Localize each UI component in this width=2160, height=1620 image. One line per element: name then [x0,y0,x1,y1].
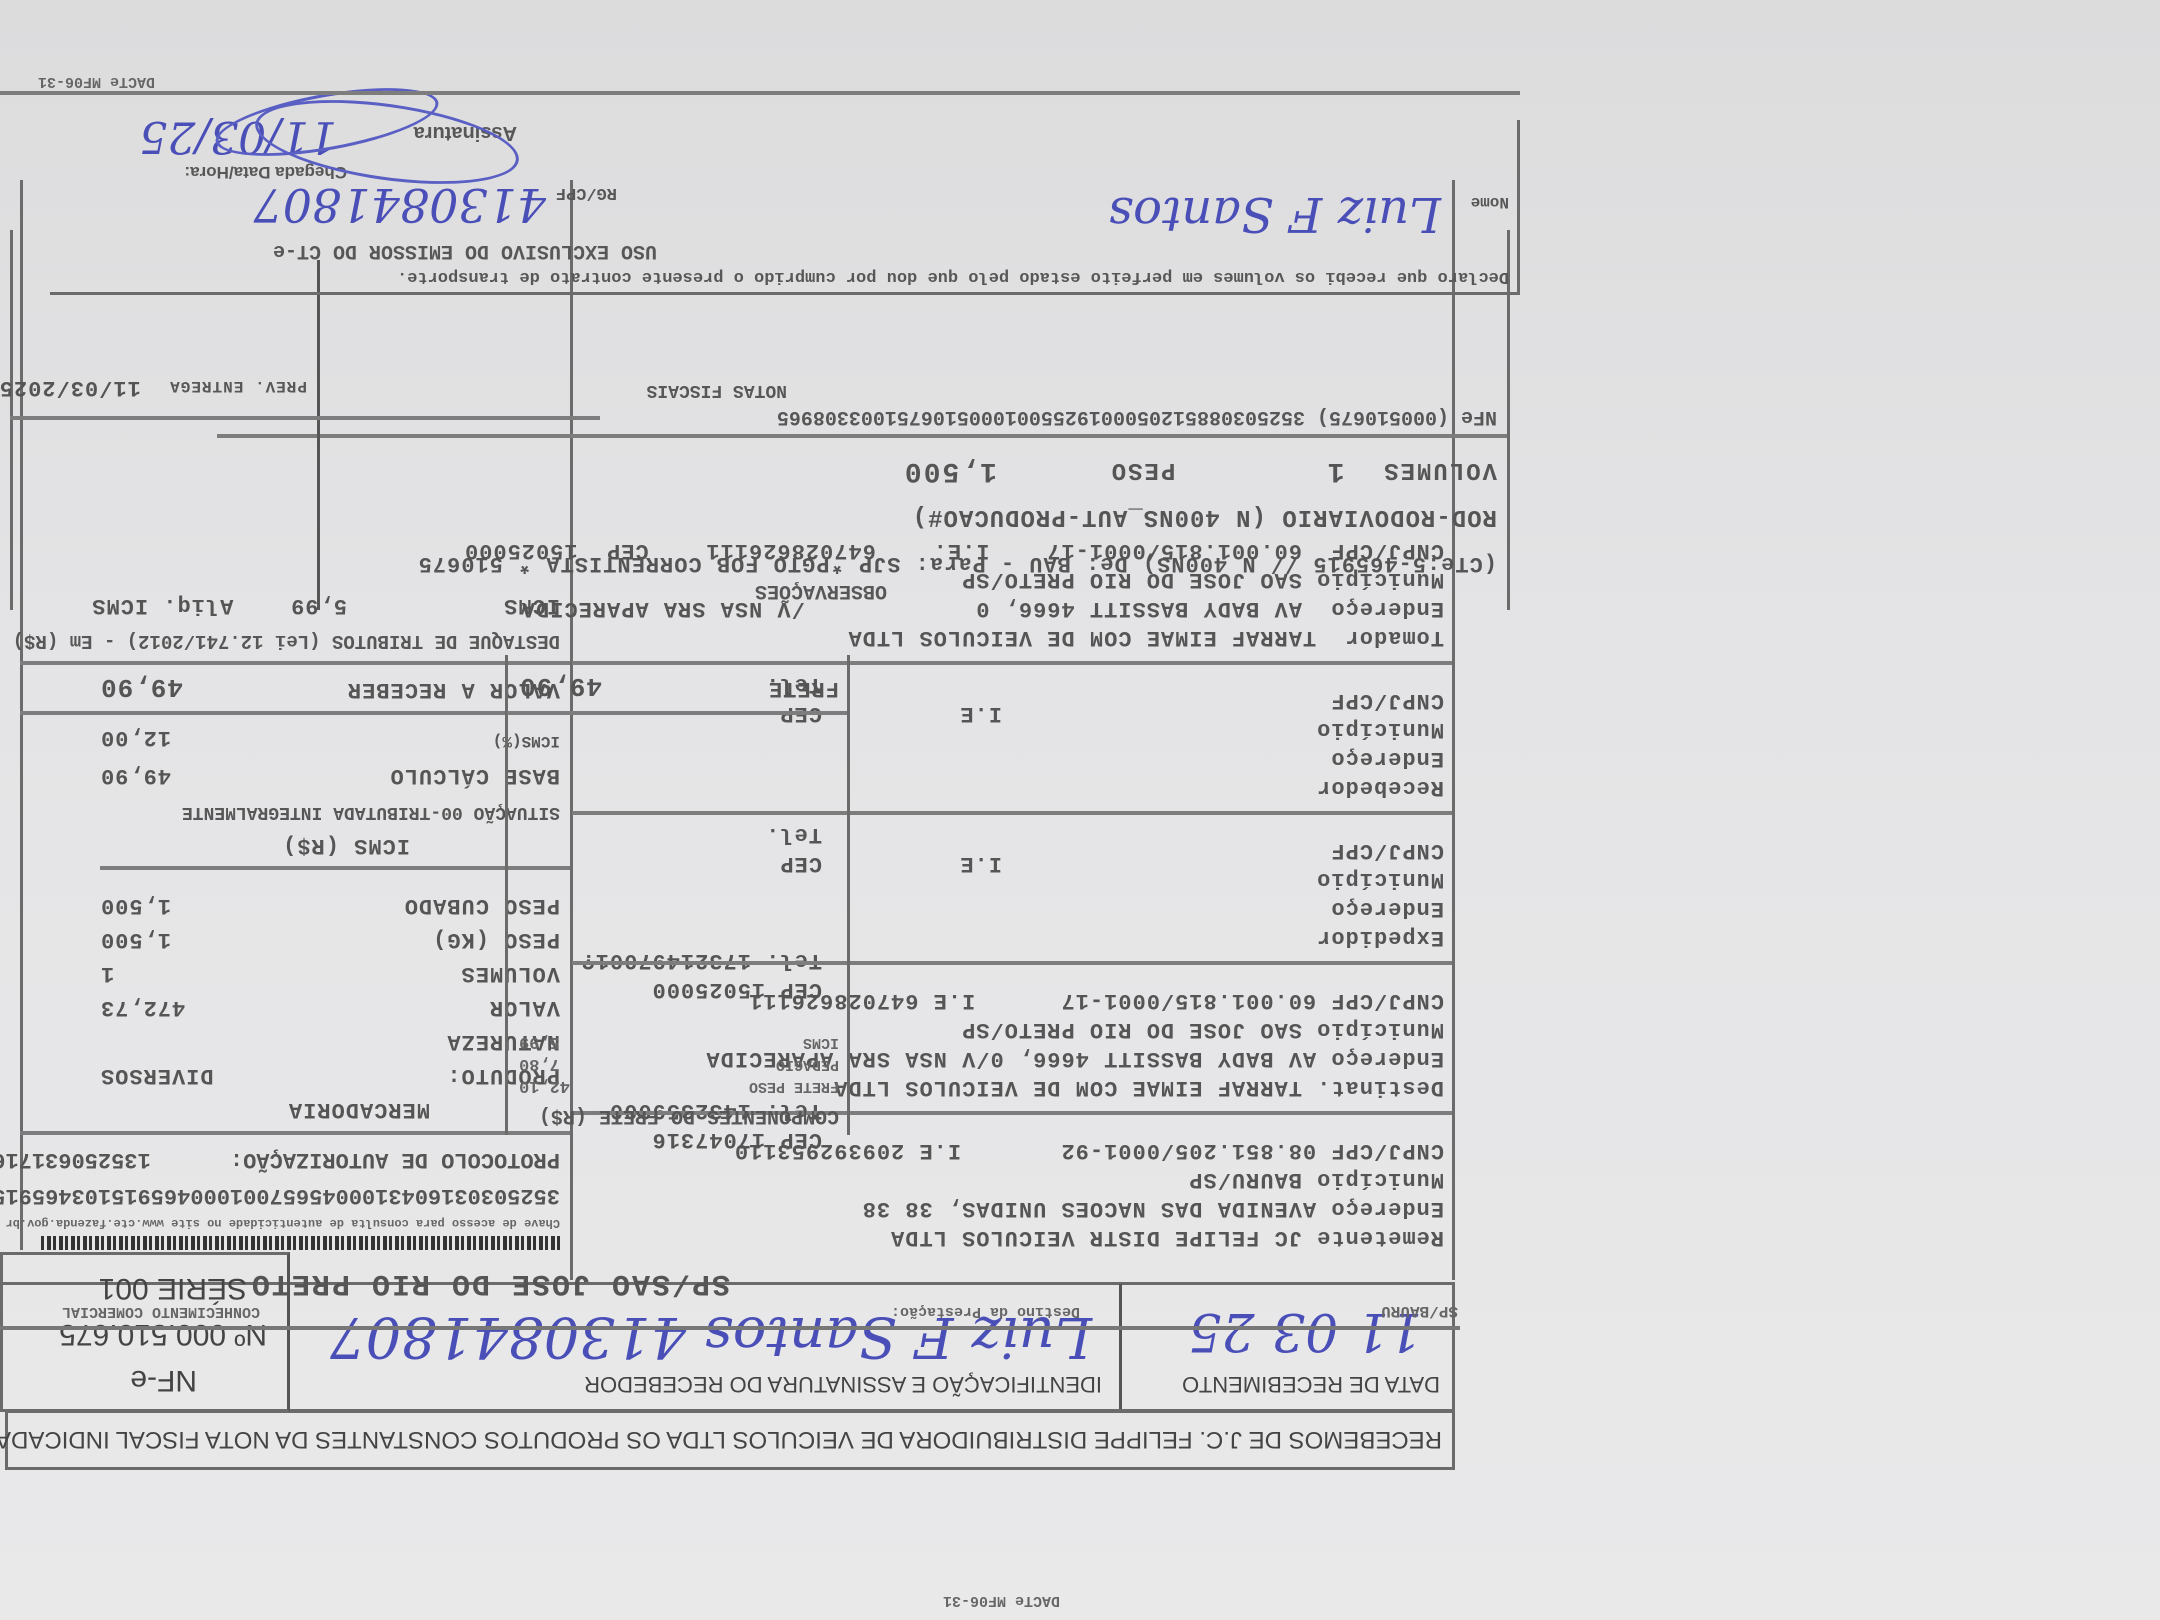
footer-code: DACTe MF06-31 [38,73,155,90]
icms-situation: SITUAÇÃO 00-TRIBUTADA INTEGRALMENTE [182,802,560,822]
origin-city: SP/BAURU [1381,1302,1458,1320]
nfe-title: NF-e [130,1363,197,1397]
remetente-section: Remetente JC FELIPE DISTR VEICULOS LTDA … [574,1138,1444,1250]
tomador-name: TARRAF EIMAE COM DE VEICULOS LTDA [848,625,1317,650]
mercadoria-row: PESO CUBADO 1,500 [100,884,560,918]
mercadoria-row: NATUREZA [100,1020,560,1054]
issuer-exclusive-title: USO EXCLUSIVO DO EMISSOR DO CT-e [273,239,657,262]
protocol-label: PROTOCOLO DE AUTORIZAÇÃO: [230,1147,560,1172]
freight-total-value: 49,90 [519,671,602,701]
nfe-entry: NFe (000510675) 352503088512050001925500… [777,405,1497,428]
date-label: DATA DE RECEBIMENTO [1182,1371,1440,1397]
footer-code: DACTe MF06-31 [943,1592,1060,1609]
name-handwritten: Luiz F Santos [1109,186,1441,242]
tax-highlight-title: DESTAQUE DE TRIBUTOS (Lei 12.741/2012) -… [13,630,560,652]
remetente-city-label: Município [1316,1167,1444,1192]
delivery-row: PREV. ENTREGA 11/03/2025 [0,375,307,400]
receipt-header: RECEBEMOS DE J.C. FELIPPE DISTRIBUIDORA … [0,1425,1442,1453]
volume-weight-row: VOLUMES 1 PESO 1,500 [903,455,1497,486]
mercadoria-row-value: 472,73 [100,986,185,1020]
access-key-caption: Chave de acesso para consulta de autenti… [6,1216,561,1230]
notas-fiscais-title: NOTAS FISCAIS [647,380,787,400]
mercadoria-row: VALOR 472,73 [100,986,560,1020]
destinatario-name: TARRAF EIMAE COM DE VEICULOS LTDA [833,1075,1302,1100]
name-label: Nome [1471,193,1509,211]
freight-total-label: FRETE [768,671,839,701]
mercadoria-row-value: 1 [100,952,114,986]
divider [20,661,570,665]
destinatario-label: Destinat. [1316,1075,1444,1100]
city-label: Município [1316,867,1444,892]
freight-component-label: PEDAGIO [776,1051,839,1073]
barcode-icon [40,1236,560,1250]
expedidor-label: Expedidor [1316,925,1444,950]
freight-component-row: FRETE PESO 42,10 [519,1073,839,1095]
mercadoria-row: PESO (KG) 1,500 [100,918,560,952]
recebedor-section: Recebedor Endereço Município CNPJ/CPF [1316,688,1444,800]
remetente-city: BAURU/SP [1188,1167,1302,1192]
cnpj-label: CNPJ/CPF [1316,838,1444,863]
cnpj-label: CNPJ/CPF [1316,688,1444,713]
protocol-number: 135250631716613 [0,1147,151,1172]
city-label: Município [1316,717,1444,742]
weight-value: 1,500 [903,455,997,486]
address-label: Endereço [1316,746,1444,771]
volumes-value: 1 [1326,455,1345,486]
address-label: Endereço [1316,896,1444,921]
frete-total-row: FRETE 49,90 [519,671,839,701]
icms-base-row: BASE CÁLCULO 49,90 [100,763,560,788]
divider [20,711,570,715]
cte-type-label: CONHECIMENTO COMERCIAL [62,1303,260,1320]
delivery-forecast-value: 11/03/2025 [0,375,141,400]
divider [507,711,847,715]
icms-rate-value: 12,00 [100,725,171,750]
freight-component-rows: FRETE PESO 42,10 PEDAGIO 7,80 ICMS 5,99 [519,1029,839,1095]
mercadoria-title: MERCADORIA [288,1097,430,1122]
mercadoria-row-value: DIVERSOS [100,1054,214,1088]
freight-component-row: PEDAGIO 7,80 [519,1051,839,1073]
freight-component-label: ICMS [803,1029,839,1051]
divider [100,866,570,870]
weight-label: PESO [1110,456,1176,483]
address-label: Endereço [1330,1046,1444,1071]
observations-line-2: ROD-RODOVIARIO (N 400NS_AUT-PRODUCAO#) [912,503,1497,530]
remetente-label: Remetente [1316,1225,1444,1250]
observations-line-1: (CTe:5-465915 // N 400NS) De: BAU - Para… [418,551,1497,576]
remetente-name: JC FELIPE DISTR VEICULOS LTDA [890,1225,1302,1250]
rg-handwritten: 4130841807 [254,178,547,232]
divider [0,91,1520,95]
mercadoria-row-value: 1,500 [100,918,171,952]
id-signature-label: IDENTIFICAÇÃO E ASSINATURA DO RECEBEDOR [584,1371,1102,1397]
freight-component-label: FRETE PESO [749,1073,839,1095]
ie-label: I.E [933,988,976,1013]
valor-receber-row: VALOR A RECEBER 49,90 [100,672,560,702]
tomador-label: Tomador [1345,625,1444,650]
remetente-address: AVENIDA DAS NACOES UNIDAS, 38 38 [862,1196,1316,1221]
rg-label: RG/CPF [556,183,617,202]
remetente-cnpj-label: CNPJ/CPF [1330,1138,1444,1163]
divider [10,416,600,420]
name-row: Nome Luiz F Santos [1109,186,1510,242]
volumes-label: VOLUMES [1382,456,1497,483]
mercadoria-rows: PRODUTO: DIVERSOS NATUREZA VALOR 472,73 … [100,884,560,1088]
mercadoria-row-value: 1,500 [100,884,171,918]
recebedor-label: Recebedor [1316,775,1444,800]
icms-base-value: 49,90 [100,763,171,788]
remetente-address-label: Endereço [1330,1196,1444,1221]
receipt-header-box: RECEBEMOS DE J.C. FELIPPE DISTRIBUIDORA … [5,1410,1455,1470]
freight-components-title: COMPONENTES DO FRETE (R$) [539,1104,839,1127]
destination-label: Destino da Prestação: [891,1303,1080,1320]
freight-components: COMPONENTES DO FRETE (R$) FRETE PESO 42,… [505,655,850,1135]
cnpj-label: CNPJ/CPF [1330,988,1444,1013]
delivery-forecast-label: PREV. ENTREGA [169,377,307,395]
remetente-ie-label: I.E [919,1138,962,1163]
city-label: Município [1316,1017,1444,1042]
freight-component-value: 42,10 [519,1073,570,1095]
divider [217,434,1507,438]
expedidor-section: Expedidor Endereço Município CNPJ/CPF [1316,838,1444,950]
mercadoria-row: VOLUMES 1 [100,952,560,986]
icms-aliq-row: ICMS(%) 12,00 [100,725,560,750]
declaration-text: Declaro que recebi os volumes em perfeit… [397,267,1509,286]
ie-label: I.E [959,851,1002,876]
ie-label: I.E [959,701,1002,726]
amount-due-value: 49,90 [100,672,183,702]
icms-title: ICMS (R$) [282,833,410,858]
access-key[interactable]: 3525030316043100045657001000465915103465… [0,1183,560,1208]
remetente-cnpj: 08.851.205/0001-92 [1061,1138,1317,1163]
divider [20,1131,570,1135]
observations-title: OBSERVAÇÕES [755,579,887,602]
top-footer-code-label: DACTe MF06-31 [943,1592,1060,1610]
mercadoria-row: PRODUTO: DIVERSOS [100,1054,560,1088]
divider [317,260,320,610]
rg-row: RG/CPF 4130841807 [254,178,618,232]
destinatario-cnpj: 60.001.815/0001-17 [1061,988,1317,1013]
dacte-paper: DACTe MF06-31 RECEBEMOS DE J.C. FELIPPE … [0,0,2160,1620]
freight-component-row: ICMS 5,99 [519,1029,839,1051]
freight-component-value: 5,99 [519,1029,560,1051]
freight-component-value: 7,80 [519,1051,560,1073]
destinatario-city: SAO JOSE DO RIO PRETO/SP [961,1017,1302,1042]
document-photo: DACTe MF06-31 RECEBEMOS DE J.C. FELIPPE … [0,0,2160,1620]
